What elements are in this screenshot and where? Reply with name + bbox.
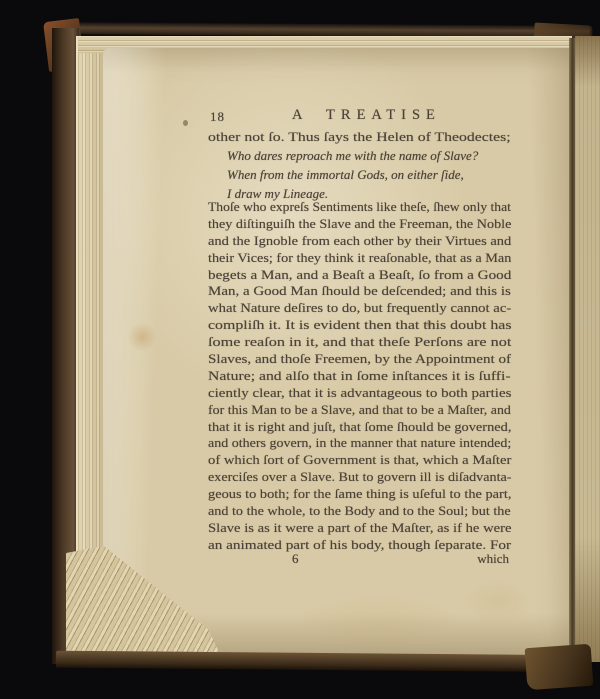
text-line: what Nature deſires to do, but frequentl… bbox=[208, 300, 511, 317]
text-line: geous to both; for the ſame thing is uſe… bbox=[208, 486, 511, 503]
text-line: they diſtinguiſh the Slave and the Freem… bbox=[208, 216, 511, 233]
text-line: Thoſe who expreſs Sentiments like theſe,… bbox=[208, 199, 511, 216]
verse-quotation: Who dares reproach me with the name of S… bbox=[227, 147, 478, 203]
catchword: which bbox=[477, 551, 509, 567]
facing-page-strip bbox=[575, 36, 600, 662]
book-scan-photo: 18 A TREATISE other not ſo. Thus ſays th… bbox=[0, 0, 600, 699]
signature-row: 6 which bbox=[208, 551, 511, 569]
paper-fleck bbox=[183, 120, 188, 126]
text-line: Slave is as it were a part of the Maſter… bbox=[208, 520, 512, 537]
page-text: 18 A TREATISE other not ſo. Thus ſays th… bbox=[208, 0, 511, 699]
text-line: ſome reaſon in it, and that theſe Perſon… bbox=[208, 334, 511, 351]
text-line: and others govern, in the manner that na… bbox=[208, 435, 511, 452]
text-line: compliſh it. It is evident then that thi… bbox=[208, 317, 512, 334]
text-line: of which ſort of Government is that, whi… bbox=[208, 452, 511, 469]
text-line: and to the whole, to the Body and to the… bbox=[208, 503, 511, 520]
page-header: 18 A TREATISE bbox=[208, 107, 511, 127]
verse-line: Who dares reproach me with the name of S… bbox=[227, 147, 478, 166]
text-line: begets a Man, and a Beaſt a Beaſt, ſo fr… bbox=[208, 267, 511, 284]
book-cover-corner-bottom-right bbox=[525, 644, 594, 691]
verse-line: When from the immortal Gods, on either ſ… bbox=[227, 166, 478, 185]
text-line: their Vices; for they think it reaſonabl… bbox=[208, 250, 511, 267]
text-line: exerciſes over a Slave. But to govern il… bbox=[208, 469, 511, 486]
text-line: ciently clear, that it is advantageous t… bbox=[208, 385, 511, 402]
running-title: A TREATISE bbox=[292, 107, 441, 124]
body-text: Thoſe who expreſs Sentiments like theſe,… bbox=[208, 199, 511, 554]
text-line: and the Ignoble from each other by their… bbox=[208, 233, 511, 250]
text-line: Nature; and alſo that in ſome inſtances … bbox=[208, 368, 511, 385]
text-line: for this Man to be a Slave, and that to … bbox=[208, 402, 511, 419]
text-line: Man, a Good Man ſhould be deſcended; and… bbox=[208, 283, 511, 300]
text-line: that it is right and juſt, that ſome ſho… bbox=[208, 419, 511, 436]
foxing-stain bbox=[127, 322, 157, 352]
press-figure: 6 bbox=[292, 551, 299, 567]
page-number: 18 bbox=[210, 109, 225, 125]
intro-line: other not ſo. Thus ſays the Helen of The… bbox=[208, 129, 511, 145]
text-line: Slaves, and thoſe Freemen, by the Appoin… bbox=[208, 351, 511, 368]
